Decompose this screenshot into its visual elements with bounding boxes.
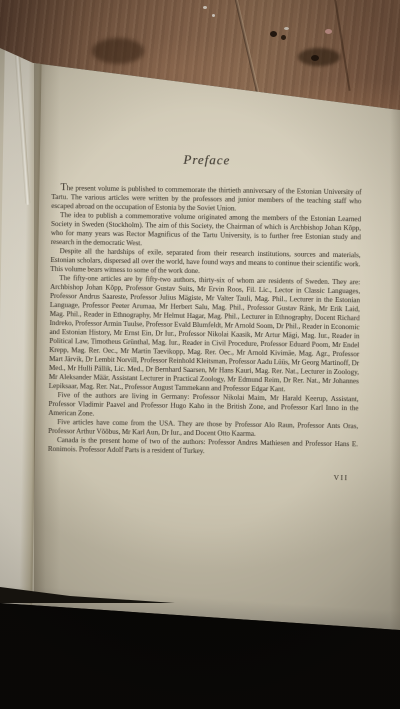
preface-paragraph: Canada is the present home of two of the… [48, 436, 358, 458]
paint-speck [212, 14, 215, 17]
page-text: Preface The present volume is published … [47, 150, 362, 482]
preface-paragraph: Five of the authors are living in German… [48, 391, 358, 422]
wood-plank-seam [333, 0, 351, 91]
paint-speck [203, 6, 207, 9]
wood-stain [92, 38, 144, 64]
wood-knot [281, 35, 286, 40]
wood-chip [325, 29, 332, 34]
preface-paragraph: The idea to publish a commemorative volu… [51, 211, 361, 251]
paint-speck [284, 27, 289, 30]
wood-knot [270, 31, 277, 37]
book-photo: Preface The present volume is published … [0, 0, 400, 709]
wood-stain [298, 48, 340, 66]
page-title: Preface [52, 150, 362, 170]
preface-paragraph: The present volume is published to comme… [51, 183, 361, 215]
preface-paragraph: Despite all the hardships of exile, sepa… [50, 247, 360, 278]
wood-knot [311, 55, 319, 61]
preface-paragraph: The fifty-one articles are by fifty-two … [49, 274, 361, 395]
page-right-shade [390, 100, 400, 640]
